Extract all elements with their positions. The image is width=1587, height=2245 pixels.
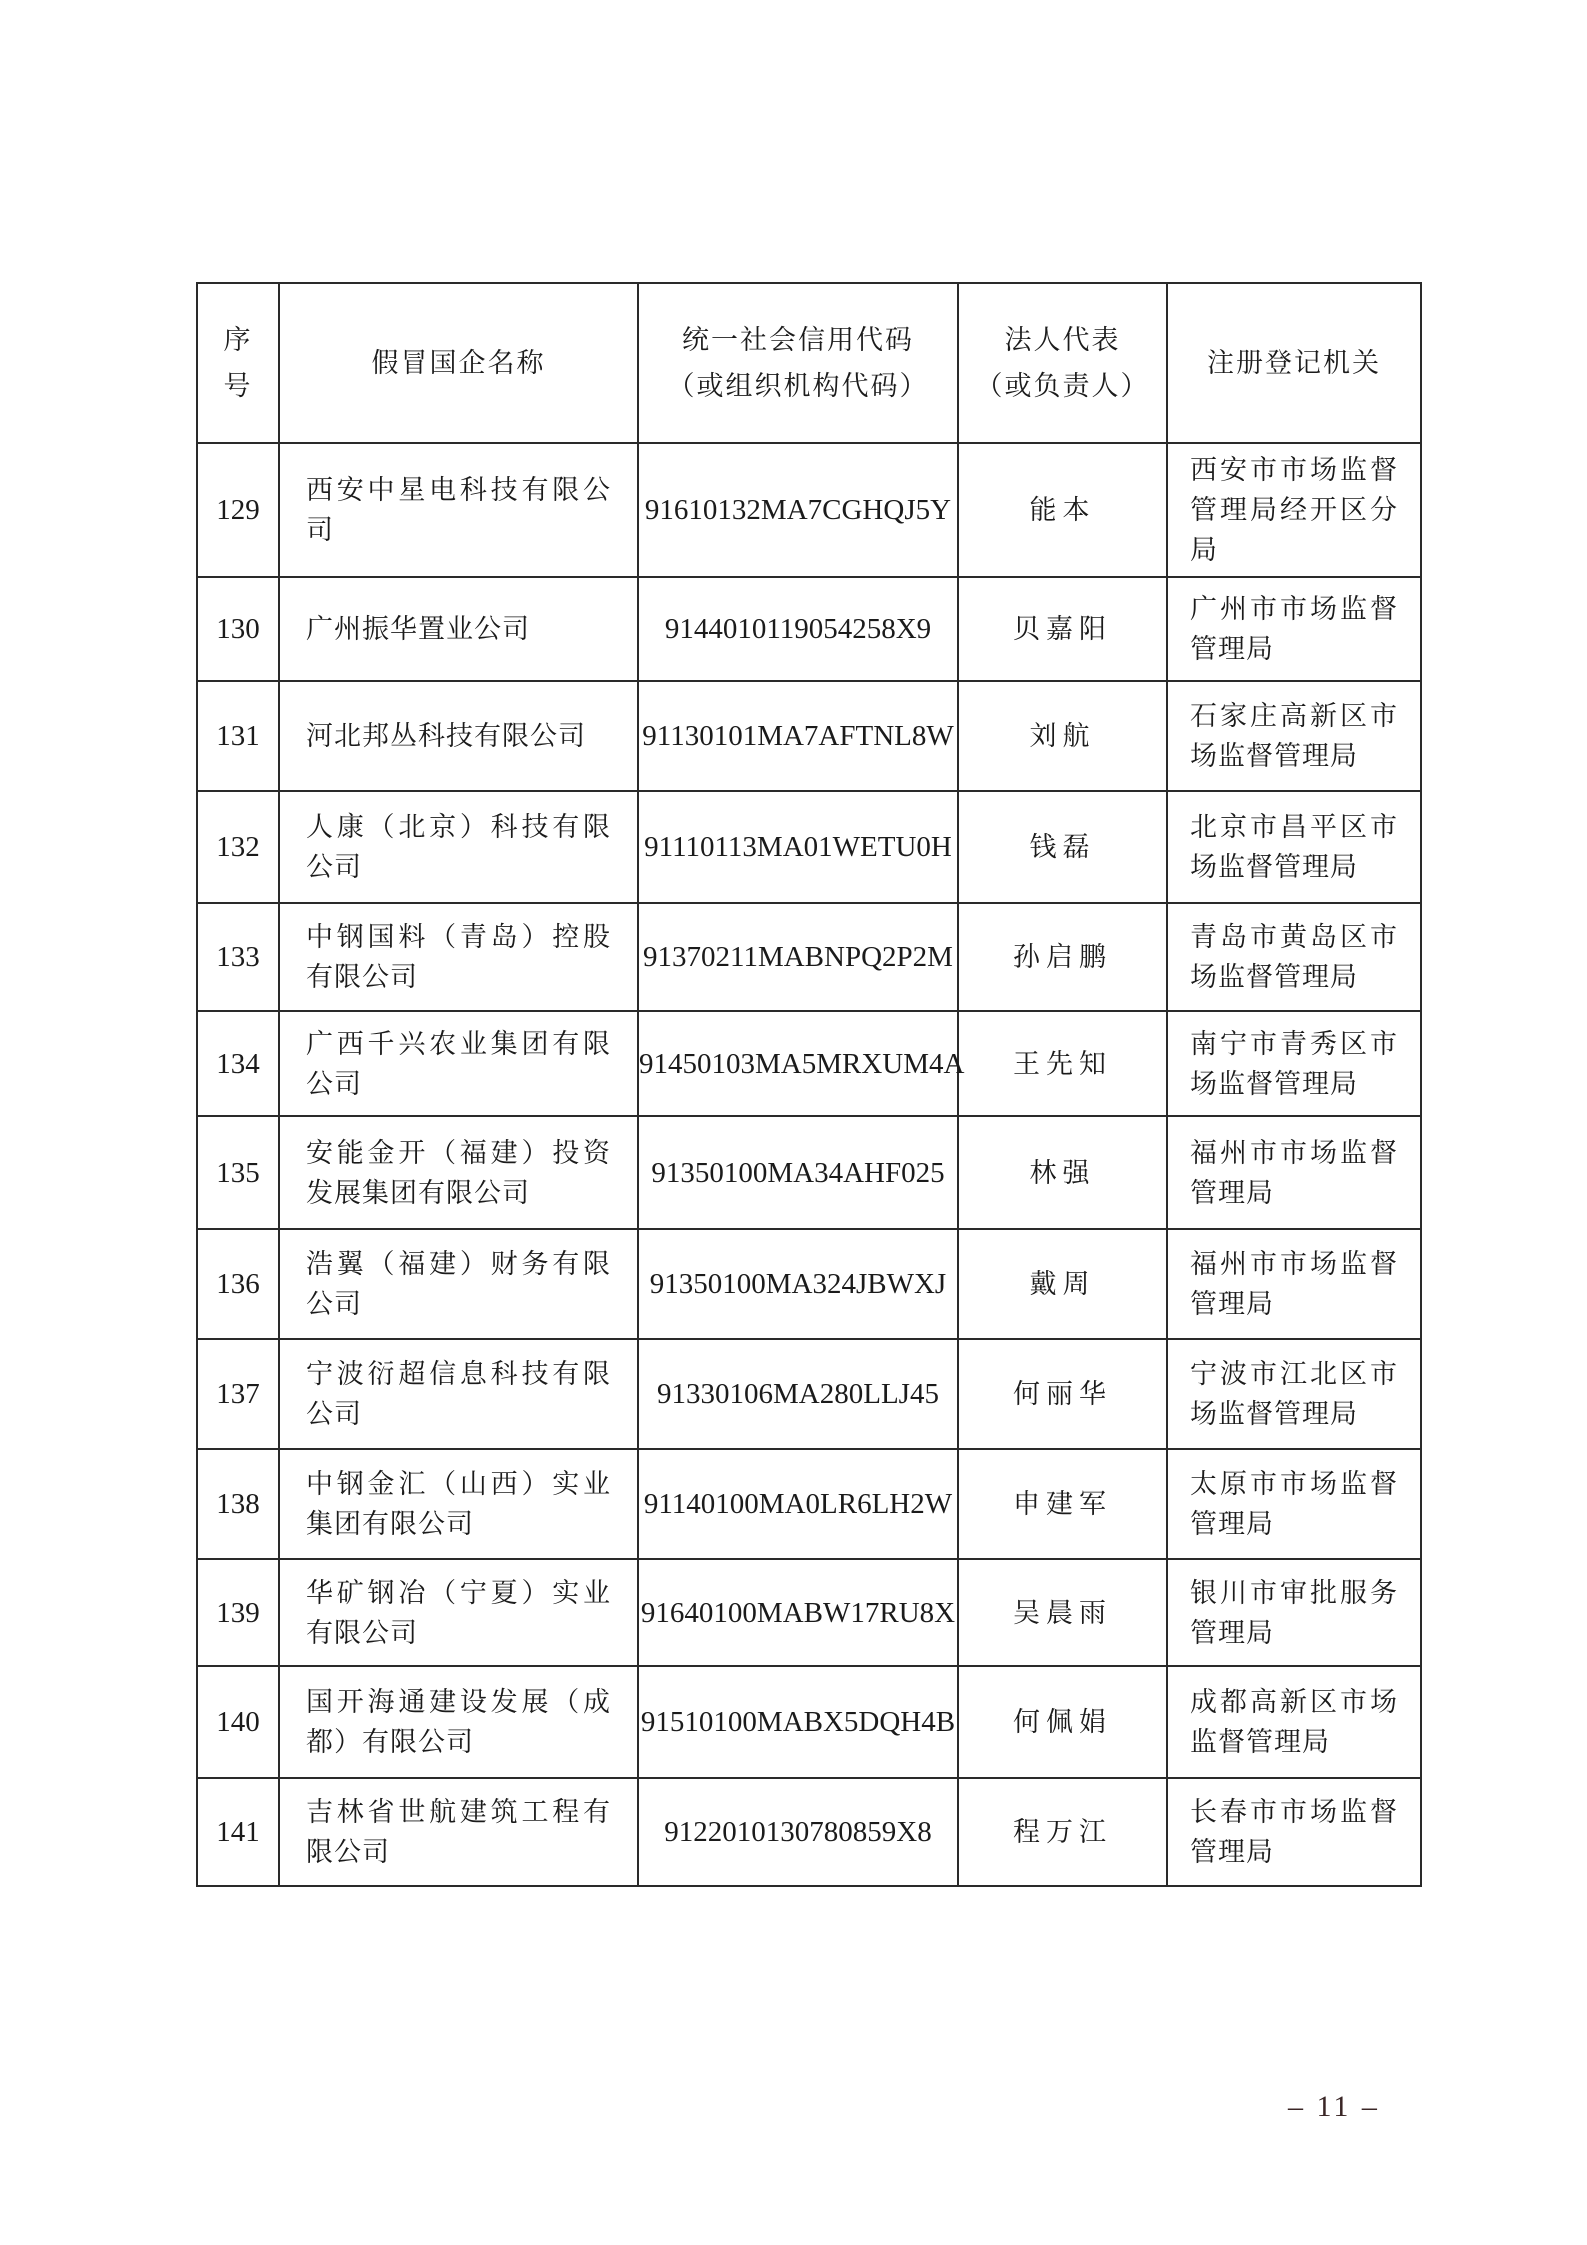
cell-registration-authority: 银川市审批服务管理局 — [1167, 1559, 1421, 1666]
cell-company-name: 浩翼（福建）财务有限公司 — [279, 1229, 638, 1339]
cell-index: 136 — [197, 1229, 279, 1339]
cell-registration-authority: 南宁市青秀区市场监督管理局 — [1167, 1011, 1421, 1116]
cell-credit-code: 91510100MABX5DQH4B — [638, 1666, 958, 1778]
cell-registration-authority: 北京市昌平区市场监督管理局 — [1167, 791, 1421, 903]
header-credit-code: 统一社会信用代码 （或组织机构代码） — [638, 283, 958, 443]
cell-index: 137 — [197, 1339, 279, 1449]
cell-representative: 吴晨雨 — [958, 1559, 1167, 1666]
table-row: 134广西千兴农业集团有限公司91450103MA5MRXUM4A王先知南宁市青… — [197, 1011, 1421, 1116]
table-row: 139华矿钢冶（宁夏）实业有限公司91640100MABW17RU8X吴晨雨银川… — [197, 1559, 1421, 1666]
table-row: 135安能金开（福建）投资发展集团有限公司91350100MA34AHF025林… — [197, 1116, 1421, 1229]
header-company-name: 假冒国企名称 — [279, 283, 638, 443]
cell-index: 131 — [197, 681, 279, 791]
cell-registration-authority: 长春市市场监督管理局 — [1167, 1778, 1421, 1886]
cell-index: 134 — [197, 1011, 279, 1116]
cell-company-name: 宁波衍超信息科技有限公司 — [279, 1339, 638, 1449]
cell-company-name: 河北邦丛科技有限公司 — [279, 681, 638, 791]
cell-representative: 能本 — [958, 443, 1167, 577]
table-row: 136浩翼（福建）财务有限公司91350100MA324JBWXJ戴周福州市市场… — [197, 1229, 1421, 1339]
cell-representative: 钱磊 — [958, 791, 1167, 903]
cell-company-name: 吉林省世航建筑工程有限公司 — [279, 1778, 638, 1886]
header-index: 序 号 — [197, 283, 279, 443]
document-page: 序 号 假冒国企名称 统一社会信用代码 （或组织机构代码） 法人代表 （或负责人… — [0, 0, 1587, 2245]
cell-company-name: 人康（北京）科技有限公司 — [279, 791, 638, 903]
cell-company-name: 中钢国料（青岛）控股有限公司 — [279, 903, 638, 1011]
table-row: 138中钢金汇（山西）实业集团有限公司91140100MA0LR6LH2W申建军… — [197, 1449, 1421, 1559]
table-body: 129西安中星电科技有限公司91610132MA7CGHQJ5Y能本西安市市场监… — [197, 443, 1421, 1886]
table-row: 133中钢国料（青岛）控股有限公司91370211MABNPQ2P2M孙启鹏青岛… — [197, 903, 1421, 1011]
cell-representative: 林强 — [958, 1116, 1167, 1229]
cell-index: 138 — [197, 1449, 279, 1559]
cell-company-name: 广州振华置业公司 — [279, 577, 638, 681]
cell-representative: 何佩娟 — [958, 1666, 1167, 1778]
cell-credit-code: 91610132MA7CGHQJ5Y — [638, 443, 958, 577]
table-row: 141吉林省世航建筑工程有限公司9122010130780859X8程万江长春市… — [197, 1778, 1421, 1886]
cell-company-name: 安能金开（福建）投资发展集团有限公司 — [279, 1116, 638, 1229]
cell-representative: 贝嘉阳 — [958, 577, 1167, 681]
cell-company-name: 国开海通建设发展（成都）有限公司 — [279, 1666, 638, 1778]
cell-company-name: 华矿钢冶（宁夏）实业有限公司 — [279, 1559, 638, 1666]
cell-company-name: 中钢金汇（山西）实业集团有限公司 — [279, 1449, 638, 1559]
cell-credit-code: 91130101MA7AFTNL8W — [638, 681, 958, 791]
cell-index: 140 — [197, 1666, 279, 1778]
table-row: 130广州振华置业公司9144010119054258X9贝嘉阳广州市市场监督管… — [197, 577, 1421, 681]
table-row: 137宁波衍超信息科技有限公司91330106MA280LLJ45何丽华宁波市江… — [197, 1339, 1421, 1449]
cell-company-name: 西安中星电科技有限公司 — [279, 443, 638, 577]
cell-registration-authority: 成都高新区市场监督管理局 — [1167, 1666, 1421, 1778]
cell-registration-authority: 西安市市场监督管理局经开区分局 — [1167, 443, 1421, 577]
cell-index: 135 — [197, 1116, 279, 1229]
cell-credit-code: 9122010130780859X8 — [638, 1778, 958, 1886]
cell-credit-code: 9144010119054258X9 — [638, 577, 958, 681]
cell-registration-authority: 宁波市江北区市场监督管理局 — [1167, 1339, 1421, 1449]
cell-credit-code: 91350100MA34AHF025 — [638, 1116, 958, 1229]
cell-index: 141 — [197, 1778, 279, 1886]
table-row: 131河北邦丛科技有限公司91130101MA7AFTNL8W刘航石家庄高新区市… — [197, 681, 1421, 791]
cell-credit-code: 91370211MABNPQ2P2M — [638, 903, 958, 1011]
cell-credit-code: 91110113MA01WETU0H — [638, 791, 958, 903]
cell-index: 130 — [197, 577, 279, 681]
fake-soe-table: 序 号 假冒国企名称 统一社会信用代码 （或组织机构代码） 法人代表 （或负责人… — [196, 282, 1422, 1887]
cell-registration-authority: 福州市市场监督管理局 — [1167, 1229, 1421, 1339]
cell-index: 133 — [197, 903, 279, 1011]
cell-registration-authority: 太原市市场监督管理局 — [1167, 1449, 1421, 1559]
table-row: 132人康（北京）科技有限公司91110113MA01WETU0H钱磊北京市昌平… — [197, 791, 1421, 903]
cell-registration-authority: 广州市市场监督管理局 — [1167, 577, 1421, 681]
page-number: – 11 – — [1288, 2090, 1380, 2124]
table-row: 129西安中星电科技有限公司91610132MA7CGHQJ5Y能本西安市市场监… — [197, 443, 1421, 577]
cell-registration-authority: 青岛市黄岛区市场监督管理局 — [1167, 903, 1421, 1011]
cell-representative: 刘航 — [958, 681, 1167, 791]
cell-registration-authority: 石家庄高新区市场监督管理局 — [1167, 681, 1421, 791]
cell-representative: 何丽华 — [958, 1339, 1167, 1449]
cell-credit-code: 91450103MA5MRXUM4A — [638, 1011, 958, 1116]
table-row: 140国开海通建设发展（成都）有限公司91510100MABX5DQH4B何佩娟… — [197, 1666, 1421, 1778]
cell-index: 139 — [197, 1559, 279, 1666]
cell-representative: 王先知 — [958, 1011, 1167, 1116]
cell-representative: 程万江 — [958, 1778, 1167, 1886]
cell-registration-authority: 福州市市场监督管理局 — [1167, 1116, 1421, 1229]
cell-representative: 孙启鹏 — [958, 903, 1167, 1011]
cell-representative: 戴周 — [958, 1229, 1167, 1339]
header-registration-authority: 注册登记机关 — [1167, 283, 1421, 443]
cell-index: 132 — [197, 791, 279, 903]
cell-credit-code: 91350100MA324JBWXJ — [638, 1229, 958, 1339]
cell-credit-code: 91640100MABW17RU8X — [638, 1559, 958, 1666]
cell-credit-code: 91140100MA0LR6LH2W — [638, 1449, 958, 1559]
header-representative: 法人代表 （或负责人） — [958, 283, 1167, 443]
cell-index: 129 — [197, 443, 279, 577]
cell-representative: 申建军 — [958, 1449, 1167, 1559]
cell-credit-code: 91330106MA280LLJ45 — [638, 1339, 958, 1449]
cell-company-name: 广西千兴农业集团有限公司 — [279, 1011, 638, 1116]
table-header-row: 序 号 假冒国企名称 统一社会信用代码 （或组织机构代码） 法人代表 （或负责人… — [197, 283, 1421, 443]
